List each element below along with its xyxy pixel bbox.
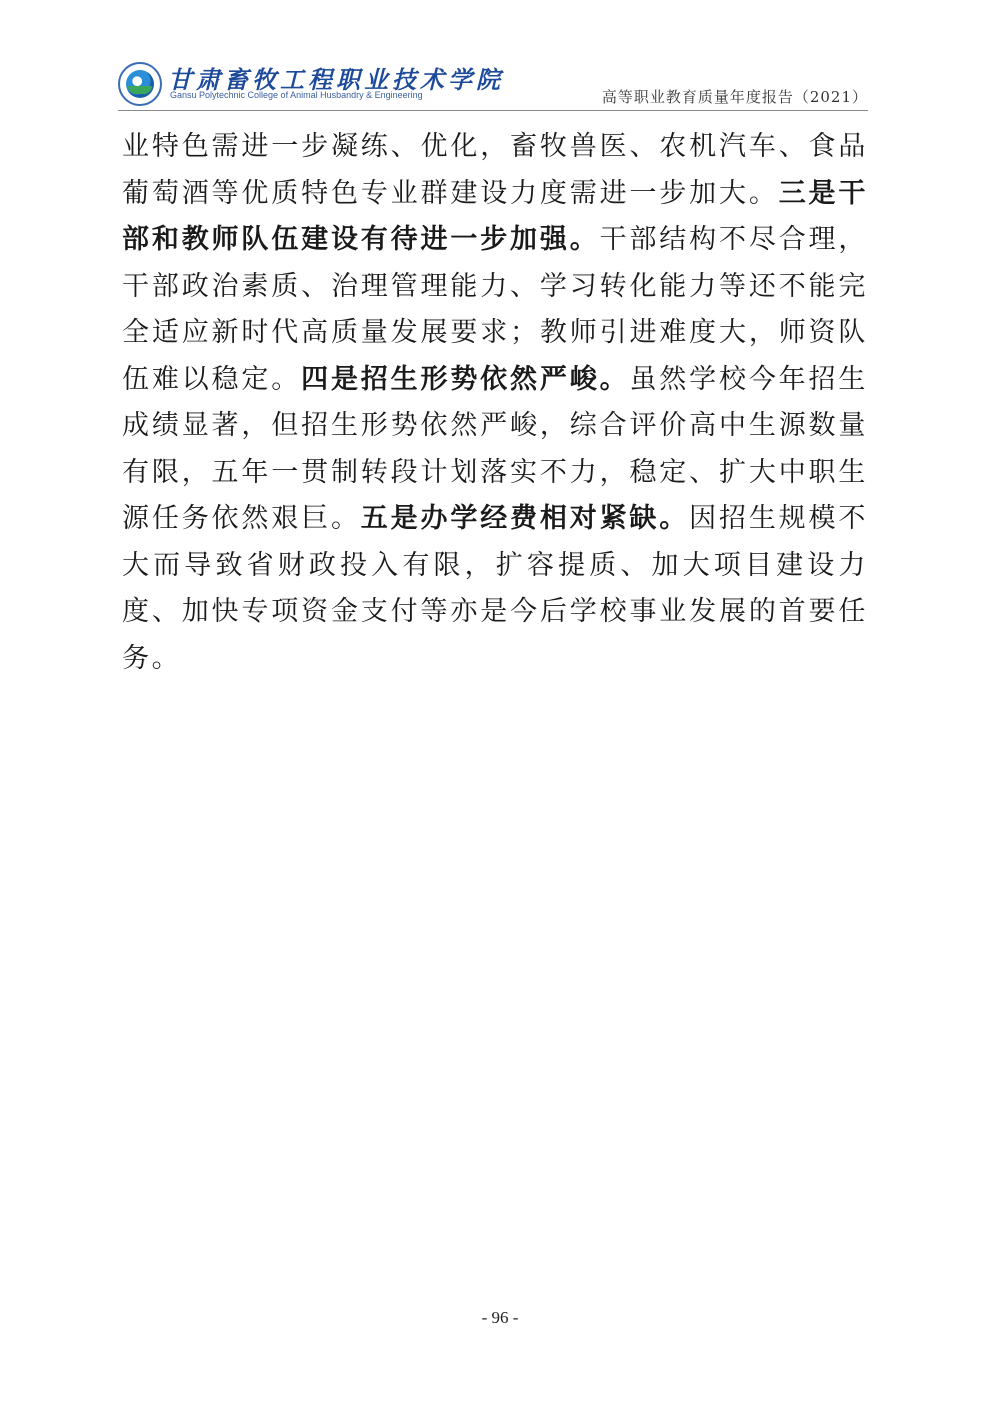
header-divider-right (398, 110, 868, 111)
body-paragraph: 业特色需进一步凝练、优化，畜牧兽医、农机汽车、食品葡萄酒等优质特色专业群建设力度… (122, 124, 868, 682)
school-name-en: Gansu Polytechnic College of Animal Husb… (170, 90, 423, 100)
page-header: 甘肃畜牧工程职业技术学院 Gansu Polytechnic College o… (118, 58, 868, 110)
bold-point-four: 四是招生形势依然严峻。 (301, 364, 629, 395)
page-number: - 96 - (0, 1308, 1000, 1328)
report-title: 高等职业教育质量年度报告（2021） (602, 86, 868, 107)
header-divider-left (118, 110, 398, 111)
bold-point-five: 五是办学经费相对紧缺。 (361, 503, 689, 534)
college-emblem-icon (118, 62, 162, 106)
text-segment: 业特色需进一步凝练、优化，畜牧兽医、农机汽车、食品葡萄酒等优质特色专业群建设力度… (122, 131, 868, 209)
